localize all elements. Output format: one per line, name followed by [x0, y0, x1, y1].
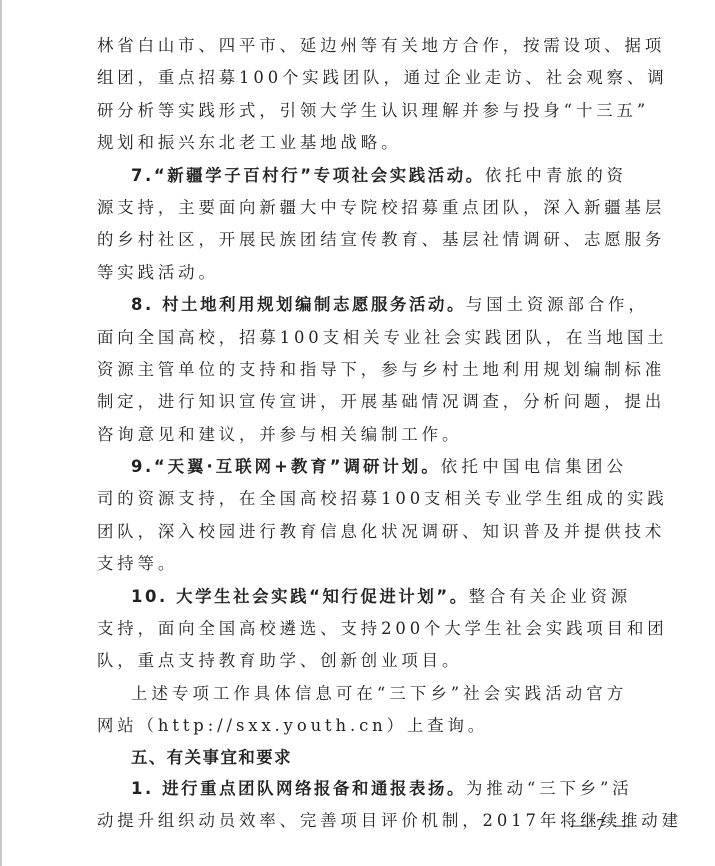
- text-line: 司的资源支持，在全国高校招募100支相关专业学生组成的实践: [97, 483, 627, 515]
- text-line: 等实践活动。: [97, 257, 627, 289]
- list-item-8: 8. 村土地利用规划编制志愿服务活动。与国土资源部合作， 面向全国高校，招募10…: [97, 289, 627, 451]
- text-line: 规划和振兴东北老工业基地战略。: [97, 127, 627, 159]
- page-number: — 7 —: [562, 815, 632, 835]
- text-line: 队，重点支持教育助学、创新创业项目。: [97, 645, 627, 677]
- website-text-line: 网站（http://sxx.youth.cn）上查询。: [97, 710, 627, 742]
- item-text: 与国土资源部合作，: [466, 295, 649, 314]
- item-text: 依托中青旅的资: [485, 166, 627, 185]
- paragraph-website-info: 上述专项工作具体信息可在“三下乡”社会实践活动官方 网站（http://sxx.…: [97, 678, 627, 743]
- item-title: 8. 村土地利用规划编制志愿服务活动。: [131, 295, 466, 314]
- text-line: 10. 大学生社会实践“知行促进计划”。整合有关企业资源: [97, 581, 627, 613]
- text-line: 源支持，主要面向新疆大中专院校招募重点团队，深入新疆基层: [97, 192, 627, 224]
- document-body: 林省白山市、四平市、延边州等有关地方合作，按需设项、据项 组团，重点招募100个…: [97, 30, 627, 837]
- text-line: 研分析等实践形式，引领大学生认识理解并参与投身“十三五”: [97, 95, 627, 127]
- document-page: 林省白山市、四平市、延边州等有关地方合作，按需设项、据项 组团，重点招募100个…: [0, 0, 715, 866]
- text-line: 制定，进行知识宣传宣讲，开展基础情况调查，分析问题，提出: [97, 386, 627, 418]
- item-text: 为推动“三下乡”活: [466, 779, 633, 798]
- text-line: 支持等。: [97, 548, 627, 580]
- text-line: 团队，深入校园进行教育信息化状况调研、知识普及并提供技术: [97, 516, 627, 548]
- item-text: 依托中国电信集团公: [441, 457, 627, 476]
- text-line: 林省白山市、四平市、延边州等有关地方合作，按需设项、据项: [97, 30, 627, 62]
- text-line: 支持，面向全国高校遴选、支持200个大学生社会实践项目和团: [97, 613, 627, 645]
- section-heading: 五、有关事宜和要求: [97, 743, 627, 773]
- list-item-9: 9.“天翼·互联网+教育”调研计划。依托中国电信集团公 司的资源支持，在全国高校…: [97, 451, 627, 581]
- text-line: 组团，重点招募100个实践团队，通过企业走访、社会观察、调: [97, 62, 627, 94]
- text-line: 9.“天翼·互联网+教育”调研计划。依托中国电信集团公: [97, 451, 627, 483]
- text-line: 面向全国高校，招募100支相关专业社会实践团队，在当地国土: [97, 322, 627, 354]
- item-title: 1. 进行重点团队网络报备和通报表扬。: [131, 779, 466, 798]
- text-line: 7.“新疆学子百村行”专项社会实践活动。依托中青旅的资: [97, 160, 627, 192]
- text-line: 8. 村土地利用规划编制志愿服务活动。与国土资源部合作，: [97, 289, 627, 321]
- text-line: 咨询意见和建议，并参与相关编制工作。: [97, 419, 627, 451]
- item-title: 10. 大学生社会实践“知行促进计划”。: [131, 587, 469, 606]
- text-line: 1. 进行重点团队网络报备和通报表扬。为推动“三下乡”活: [97, 773, 627, 805]
- list-item-7: 7.“新疆学子百村行”专项社会实践活动。依托中青旅的资 源支持，主要面向新疆大中…: [97, 160, 627, 290]
- text-line: 上述专项工作具体信息可在“三下乡”社会实践活动官方: [97, 678, 627, 710]
- text-line: 资源主管单位的支持和指导下，参与乡村土地利用规划编制标准: [97, 354, 627, 386]
- list-item-1: 1. 进行重点团队网络报备和通报表扬。为推动“三下乡”活 动提升组织动员效率、完…: [97, 773, 627, 838]
- item-text: 整合有关企业资源: [469, 587, 631, 606]
- item-title: 9.“天翼·互联网+教育”调研计划。: [131, 457, 441, 476]
- list-item-10: 10. 大学生社会实践“知行促进计划”。整合有关企业资源 支持，面向全国高校遴选…: [97, 581, 627, 678]
- text-line: 的乡村社区，开展民族团结宣传教育、基层社情调研、志愿服务: [97, 224, 627, 256]
- text-line: 动提升组织动员效率、完善项目评价机制，2017年将继续推动建: [97, 805, 627, 837]
- paragraph-continuation: 林省白山市、四平市、延边州等有关地方合作，按需设项、据项 组团，重点招募100个…: [97, 30, 627, 160]
- item-title: 7.“新疆学子百村行”专项社会实践活动。: [131, 166, 485, 185]
